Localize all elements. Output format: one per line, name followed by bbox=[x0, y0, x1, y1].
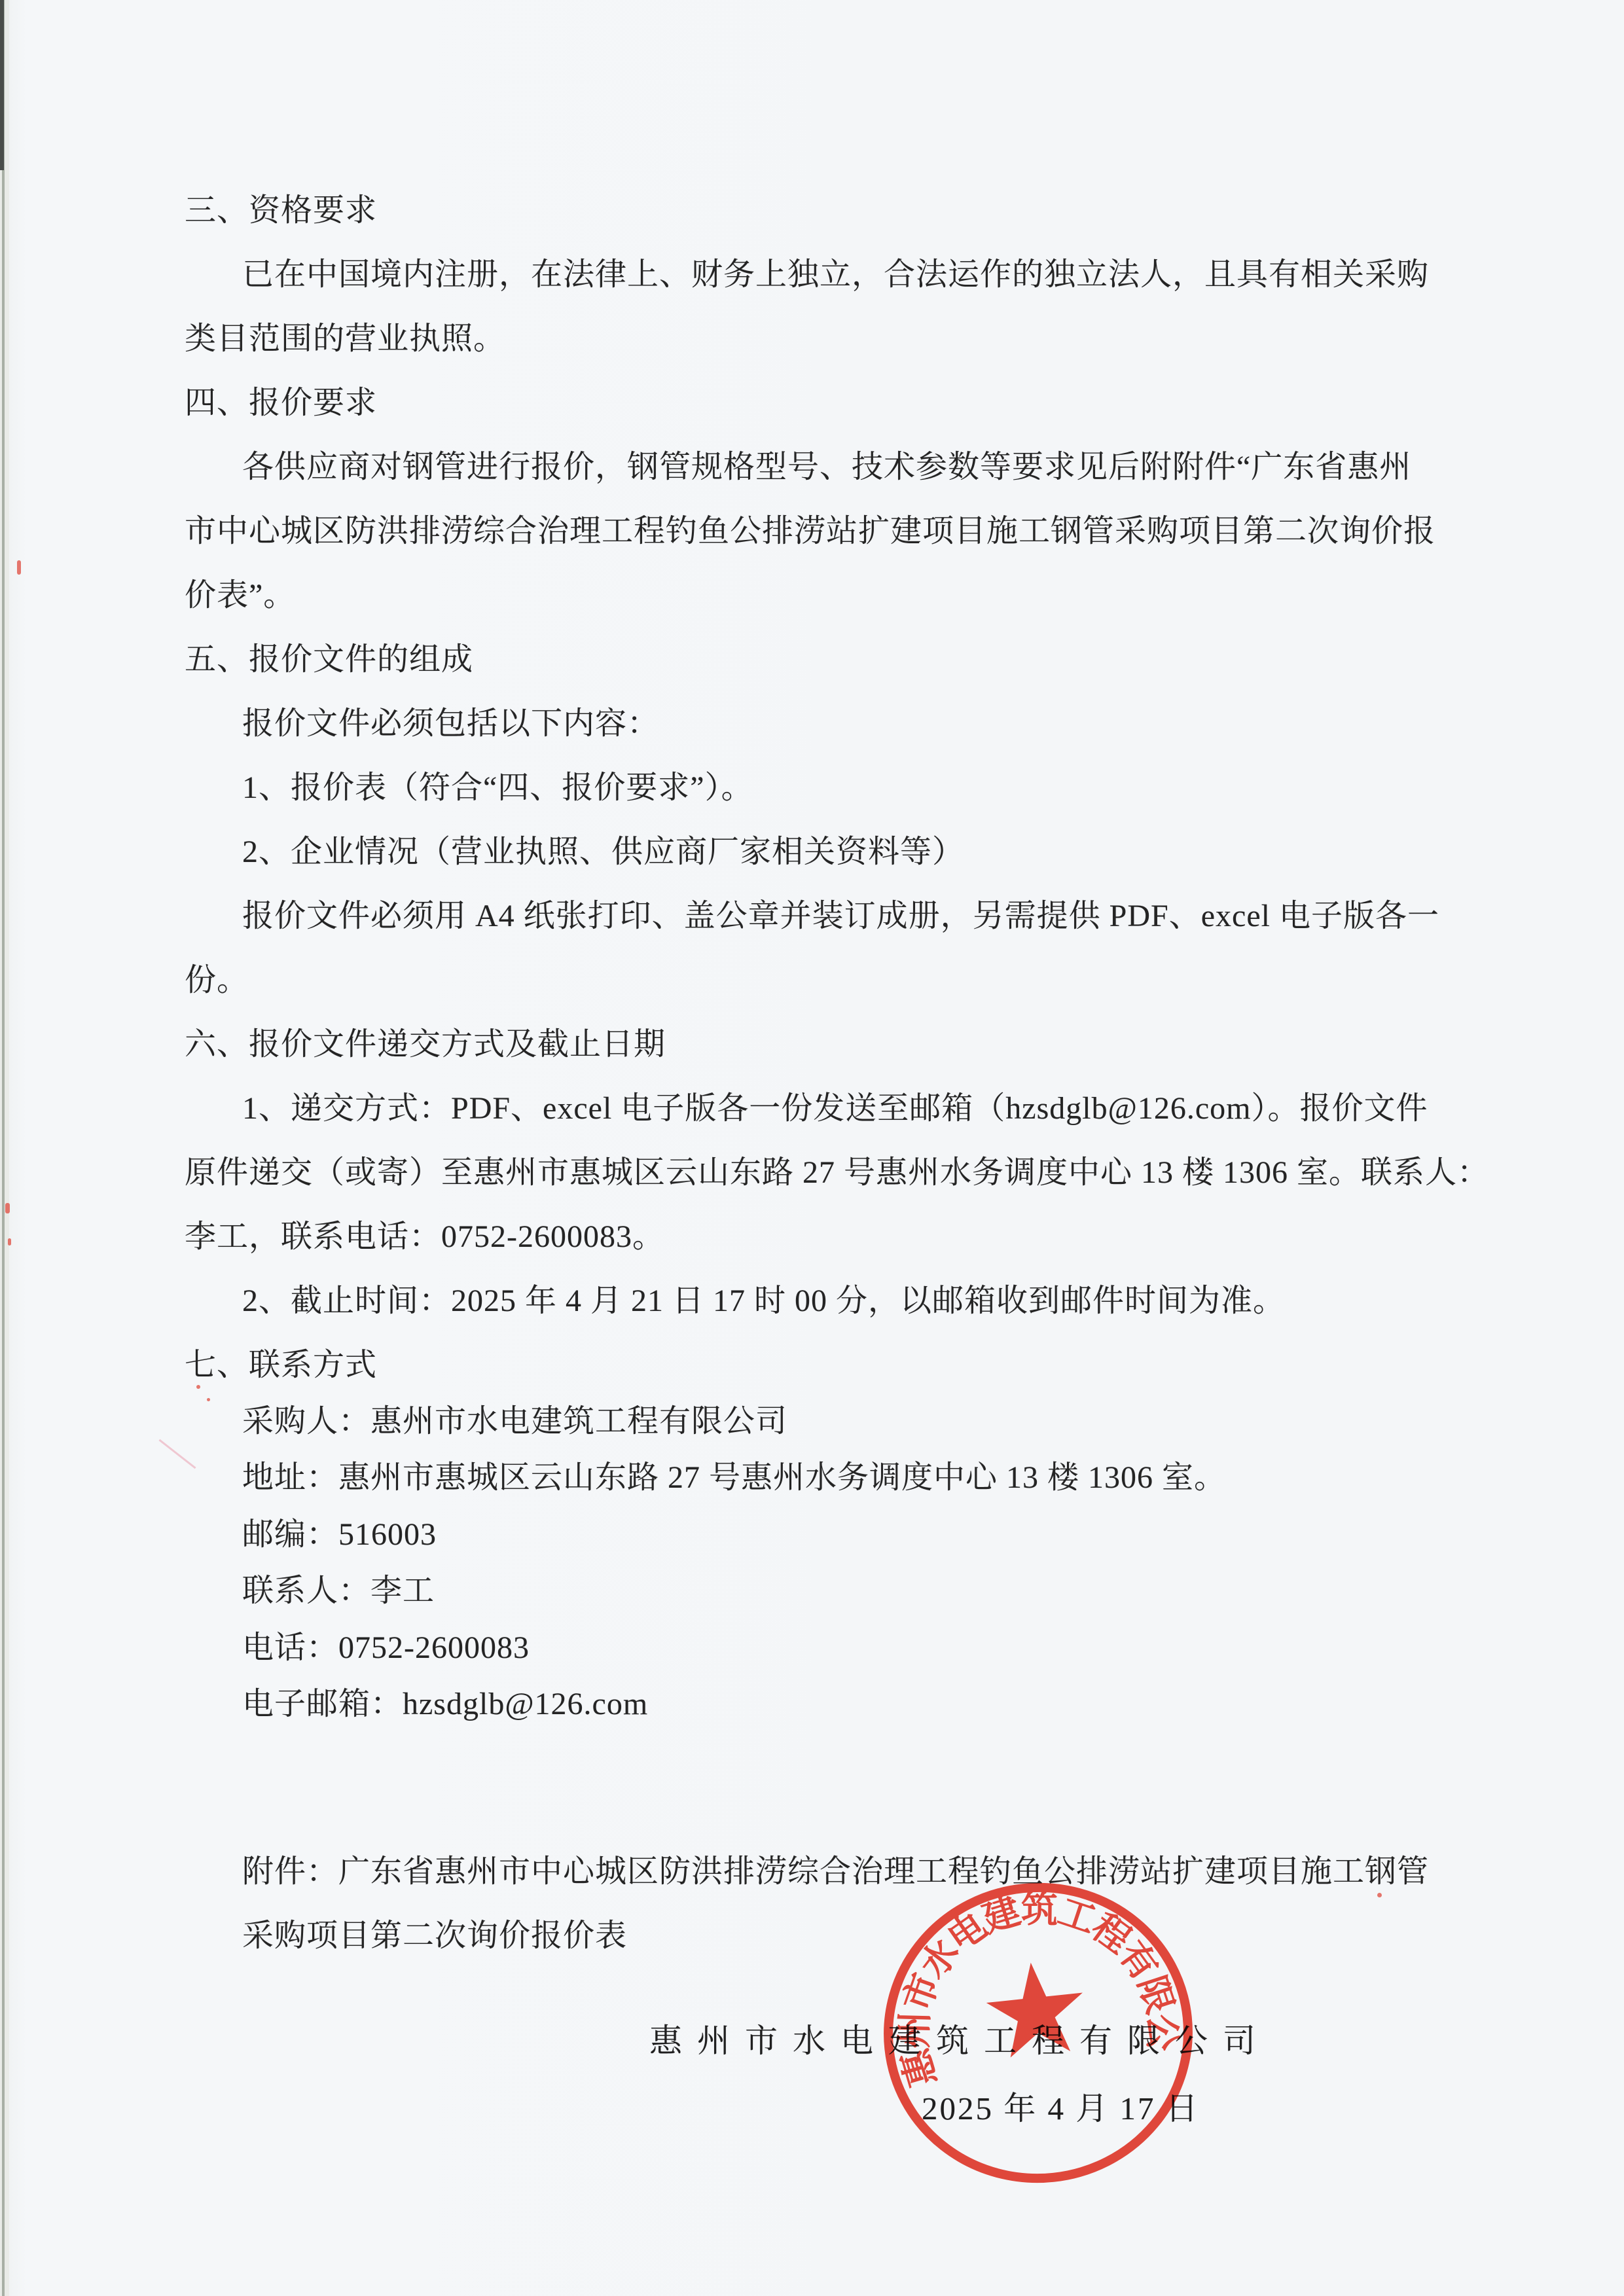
company-seal: 惠州市水电建筑工程有限公司 bbox=[0, 0, 1624, 2296]
seal-company-text: 惠州市水电建筑工程有限公司 bbox=[0, 0, 1187, 2187]
star-icon bbox=[983, 1958, 1089, 2060]
document-page: 三、资格要求 已在中国境内注册，在法律上、财务上独立，合法运作的独立法人，且具有… bbox=[0, 0, 1624, 2296]
